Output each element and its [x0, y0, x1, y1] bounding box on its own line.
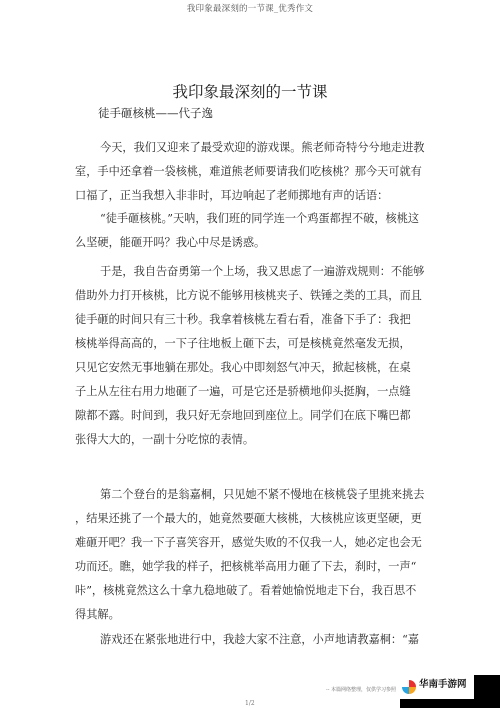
paragraph-line: 于是，我自告奋勇第一个上场，我又思虑了一遍游戏规则：不能够 — [75, 260, 430, 284]
paragraph-line: 子上从左往右用力地砸了一遍，可是它还是骄横地仰头挺胸，一点缝 — [75, 380, 430, 404]
paragraph-line: 核桃举得高高的，一下子往地板上砸下去，可是核桃竟然毫发无损， — [75, 332, 430, 356]
page-number: 1/2 — [245, 700, 255, 707]
paragraph-line: 借助外力打开核桃，比方说不能够用核桃夹子、铁锤之类的工具，而且 — [75, 284, 430, 308]
paragraph: “徒手砸核桃。”天呐，我们班的同学连一个鸡蛋都捏不破，核桃这么坚硬，能砸开吗？我… — [75, 207, 430, 255]
paragraph-line: 只见它安然无事地躺在那处。我心中即刻怒气冲天，掀起核桃，在桌 — [75, 356, 430, 380]
paragraph: 今天，我们又迎来了最受欢迎的游戏课。熊老师奇特兮兮地走进教室，手中还拿着一袋核桃… — [75, 136, 430, 208]
paragraph-line: ，结果还挑了一个最大的，她竟然要砸大核桃，大核桃应该更坚硬，更 — [75, 507, 430, 531]
paragraph-line: 功而还。瞧，她学我的样子，把核桃举高用力砸了下去，刹时，一声“ — [75, 555, 430, 579]
paragraph-line: 么坚硬，能砸开吗？我心中尽是诱惑。 — [75, 231, 430, 255]
watermark-logo-icon — [402, 680, 416, 694]
paragraph-line: 张得大大的，一副十分吃惊的表情。 — [75, 428, 430, 452]
watermark-tagline — [419, 690, 467, 694]
window-title: 我印象最深刻的一节课_优秀作文 — [0, 2, 500, 14]
watermark-name: 华南手游网 — [419, 680, 467, 690]
paragraph-line: 室，手中还拿着一袋核桃，难道熊老师要请我们吃核桃？那今天可就有 — [75, 160, 430, 184]
footnote: -- 本篇网络整理，仅供学习参照 — [326, 686, 396, 693]
watermark: 华南手游网 — [400, 675, 500, 708]
paragraph-line: 徒手砸的时间只有三十秒。我拿着核桃左看右看，准备下手了：我把 — [75, 308, 430, 332]
paragraph-line: 咔”，核桃竟然这么十拿九稳地破了。看着她愉悦地走下台，我百思不 — [75, 579, 430, 603]
paragraph-line: 今天，我们又迎来了最受欢迎的游戏课。熊老师奇特兮兮地走进教 — [75, 136, 430, 160]
document-subtitle: 徒手砸核桃——代子逸 — [98, 105, 213, 121]
paragraph: 第二个登台的是翁嘉桐，只见她不紧不慢地在核桃袋子里挑来挑去，结果还挑了一个最大的… — [75, 483, 430, 627]
paragraph: 游戏还在紧张地进行中，我趁大家不注意，小声地请教嘉桐：“嘉 — [75, 628, 430, 652]
paragraph-line: 得其解。 — [75, 603, 430, 627]
paragraph-line: 第二个登台的是翁嘉桐，只见她不紧不慢地在核桃袋子里挑来挑去 — [75, 483, 430, 507]
paragraph-line: 口福了，正当我想入非非时，耳边响起了老师掷地有声的话语： — [75, 184, 430, 208]
paragraph-line: 游戏还在紧张地进行中，我趁大家不注意，小声地请教嘉桐：“嘉 — [75, 628, 430, 652]
paragraph-line: “徒手砸核桃。”天呐，我们班的同学连一个鸡蛋都捏不破，核桃这 — [75, 207, 430, 231]
paragraph-line: 隙都不露。时间到，我只好无奈地回到座位上。同学们在底下嘴巴都 — [75, 404, 430, 428]
paragraph-line: 难砸开吧？我一下子喜笑容开，感觉失败的不仅我一人，她必定也会无 — [75, 531, 430, 555]
paragraph: 于是，我自告奋勇第一个上场，我又思虑了一遍游戏规则：不能够借助外力打开核桃，比方… — [75, 260, 430, 452]
document-title: 我印象最深刻的一节课 — [0, 80, 500, 102]
